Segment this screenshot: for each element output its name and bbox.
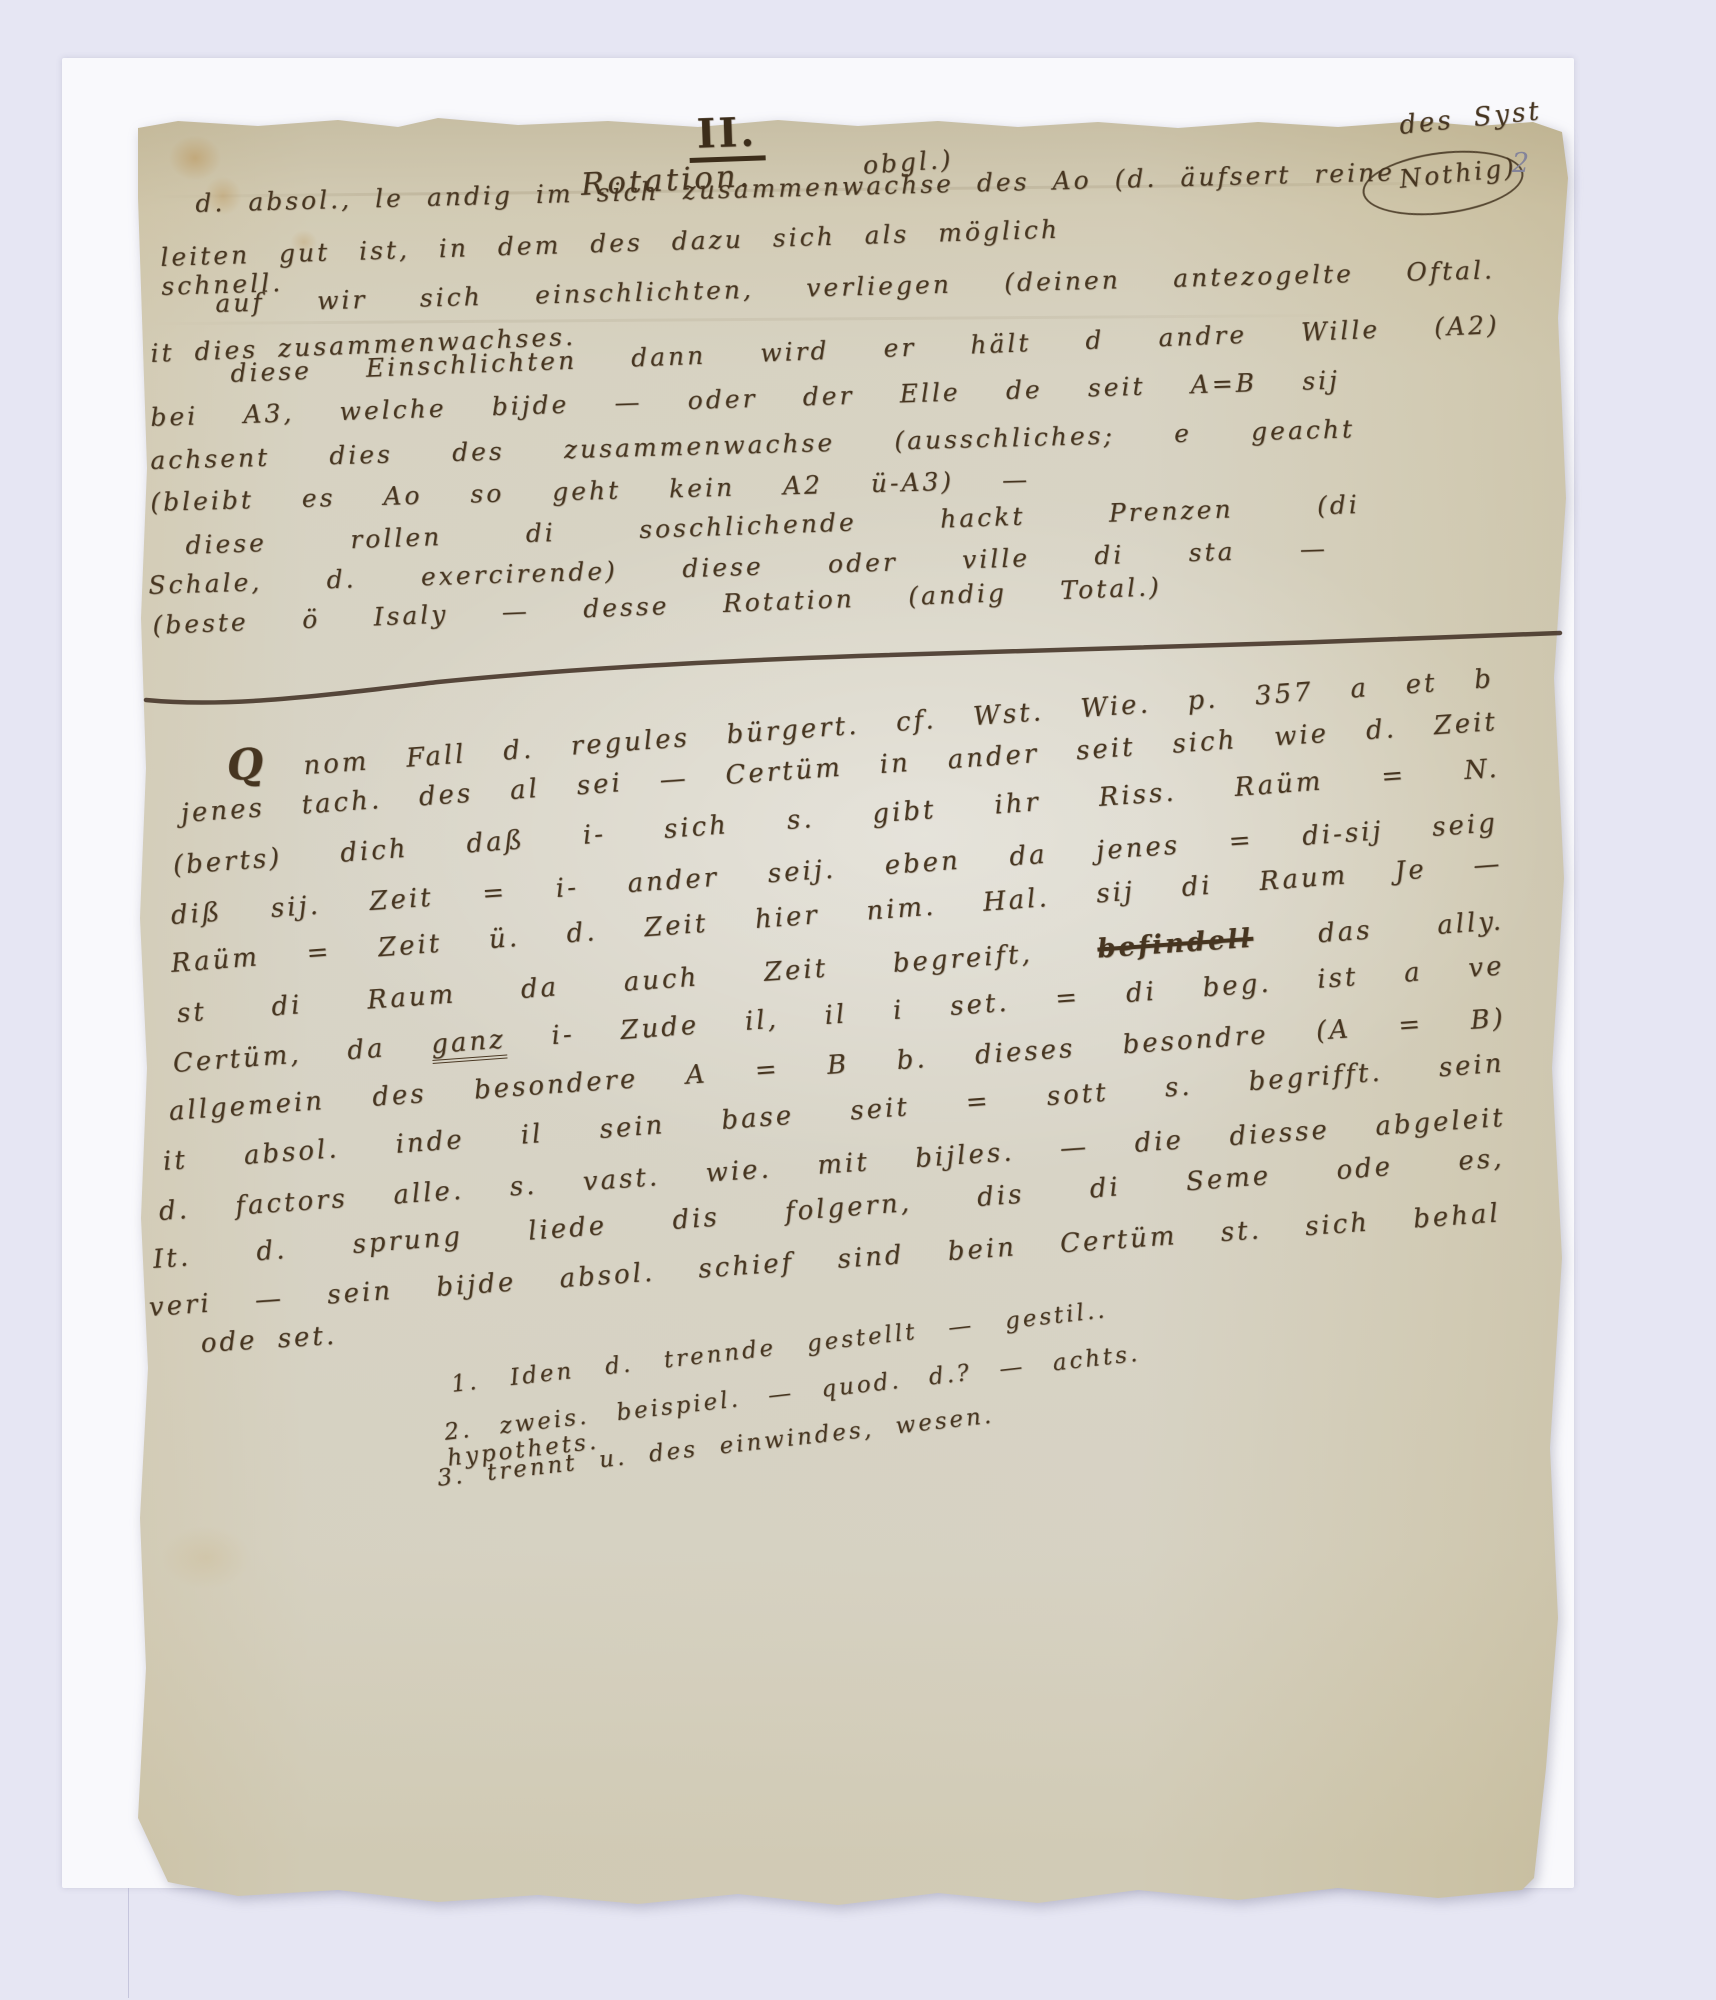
backing-sheet-crease <box>128 1888 129 1998</box>
initial-letter: Q <box>225 738 268 790</box>
scanned-page-background: II. Rotation. obgl.) des Syst Nothig) 2 … <box>0 0 1716 2000</box>
section-numeral: II. <box>688 109 766 163</box>
paper-discoloration <box>146 1515 266 1600</box>
page-number-pencil: 2 <box>1512 148 1529 179</box>
underlined-word: ganz <box>430 1025 507 1064</box>
